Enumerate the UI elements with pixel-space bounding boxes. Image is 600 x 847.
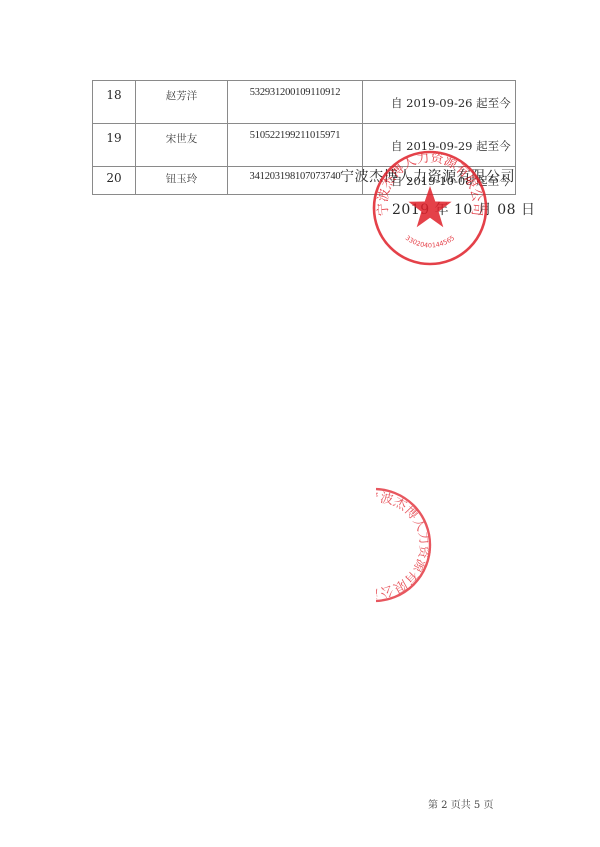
svg-text:宁波杰博人力资源有限公司: 宁波杰博人力资源有限公司 (376, 490, 433, 600)
employee-name: 钮玉玲 (136, 167, 228, 195)
table-row: 19 宋世友 510522199211015971 自 2019-09-29 起… (93, 124, 516, 167)
row-number: 20 (93, 167, 136, 195)
employee-name: 赵芳洋 (136, 81, 228, 124)
document-page: 18 赵芳洋 532931200109110912 自 2019-09-26 起… (0, 0, 600, 847)
id-number: 510522199211015971 (228, 124, 363, 167)
seal-code: 3302040144565 (404, 234, 456, 250)
page-number: 第 2 页共 5 页 (428, 796, 493, 811)
partial-seal-text: 宁波杰博人力资源有限公司 (376, 490, 433, 600)
partial-seal-icon: 宁波杰博人力资源有限公司 3302040144565 (376, 485, 434, 605)
cross-page-seal: 宁波杰博人力资源有限公司 3302040144565 (376, 485, 436, 610)
svg-text:3302040144565: 3302040144565 (404, 234, 456, 250)
id-number: 532931200109110912 (228, 81, 363, 124)
employee-name: 宋世友 (136, 124, 228, 167)
table-row: 18 赵芳洋 532931200109110912 自 2019-09-26 起… (93, 81, 516, 124)
employment-period: 自 2019-09-29 起至今 (363, 124, 516, 167)
row-number: 19 (93, 124, 136, 167)
employment-period: 自 2019-09-26 起至今 (363, 81, 516, 124)
row-number: 18 (93, 81, 136, 124)
company-name: 宁波杰博人力资源有限公司 (340, 166, 515, 186)
signature-date: 2019 年 10 月 08 日 (392, 199, 536, 219)
